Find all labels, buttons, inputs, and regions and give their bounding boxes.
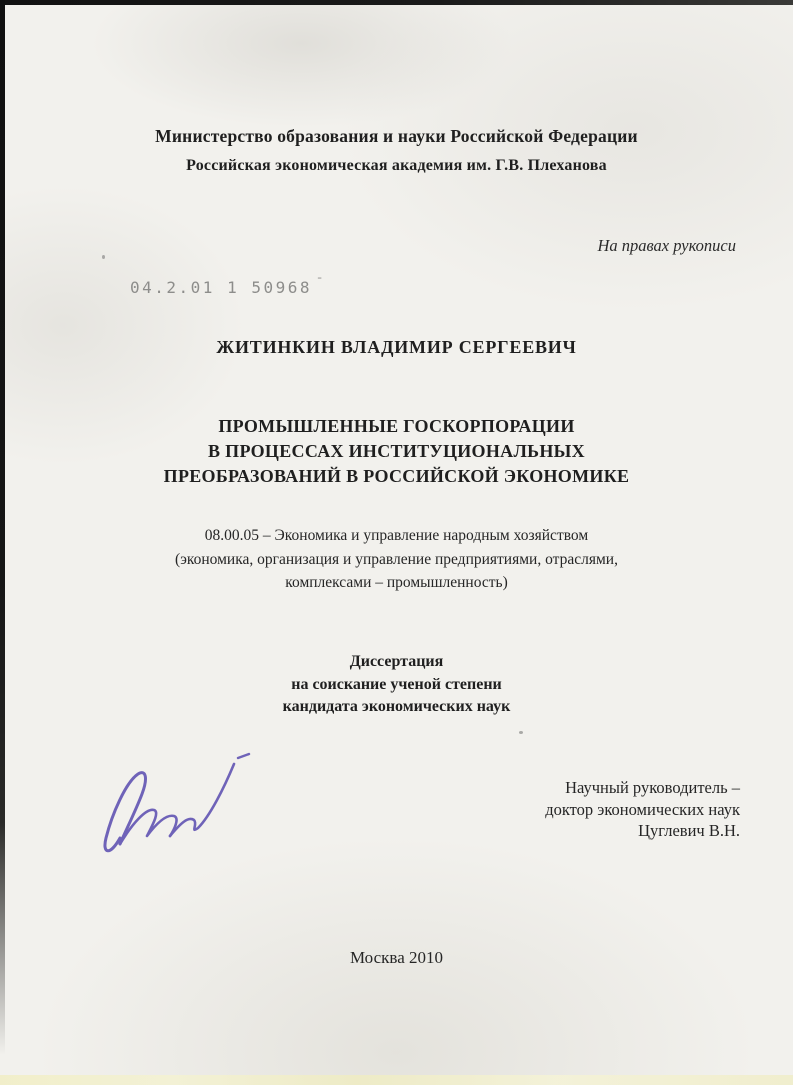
- specialty-line-3: комплексами – промышленность): [0, 571, 793, 595]
- supervisor-block: Научный руководитель – доктор экономичес…: [545, 777, 740, 842]
- scan-speck: [519, 731, 523, 734]
- author-name: ЖИТИНКИН ВЛАДИМИР СЕРГЕЕВИЧ: [0, 337, 793, 358]
- academy-line: Российская экономическая академия им. Г.…: [0, 157, 793, 175]
- scan-edge-bottom-strip: [0, 1075, 793, 1085]
- library-stamp-mark: ¯: [316, 276, 323, 290]
- title-line-1: ПРОМЫШЛЕННЫЕ ГОСКОРПОРАЦИИ: [0, 414, 793, 439]
- dissertation-title: ПРОМЫШЛЕННЫЕ ГОСКОРПОРАЦИИ В ПРОЦЕССАХ И…: [0, 414, 793, 489]
- specialty-code-block: 08.00.05 – Экономика и управление народн…: [0, 524, 793, 595]
- supervisor-line-1: Научный руководитель –: [545, 777, 740, 799]
- scan-speck-small: [102, 255, 105, 259]
- degree-line-2: на соискание ученой степени: [0, 674, 793, 697]
- title-line-3: ПРЕОБРАЗОВАНИЙ В РОССИЙСКОЙ ЭКОНОМИКЕ: [0, 464, 793, 489]
- degree-line-3: кандидата экономических наук: [0, 696, 793, 719]
- scanned-title-page: Министерство образования и науки Российс…: [0, 0, 793, 1085]
- library-stamp-number: 04.2.01 1 50968¯: [130, 276, 323, 297]
- supervisor-line-3: Цуглевич В.Н.: [545, 820, 740, 842]
- title-line-2: В ПРОЦЕССАХ ИНСТИТУЦИОНАЛЬНЫХ: [0, 439, 793, 464]
- degree-line-1: Диссертация: [0, 651, 793, 674]
- city-year: Москва 2010: [0, 948, 793, 968]
- supervisor-line-2: доктор экономических наук: [545, 799, 740, 821]
- manuscript-rights-note: На правах рукописи: [597, 236, 736, 256]
- handwritten-signature: [92, 742, 262, 862]
- ministry-line: Министерство образования и науки Российс…: [0, 126, 793, 147]
- specialty-line-1: 08.00.05 – Экономика и управление народн…: [0, 524, 793, 548]
- library-stamp-text: 04.2.01 1 50968: [130, 278, 312, 297]
- degree-statement-block: Диссертация на соискание ученой степени …: [0, 651, 793, 719]
- scan-edge-top: [0, 0, 793, 5]
- specialty-line-2: (экономика, организация и управление пре…: [0, 548, 793, 572]
